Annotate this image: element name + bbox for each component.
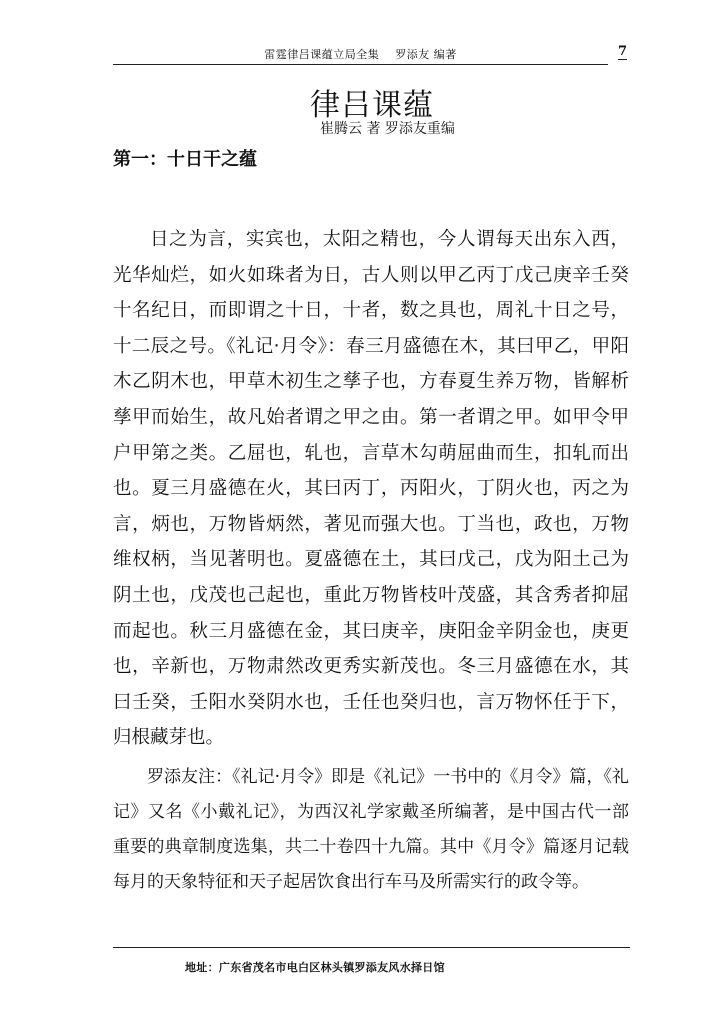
author-credit: 崔腾云 著 罗添友重编 [320,118,455,138]
footer-divider [113,947,630,948]
footer-address: 地址：广东省茂名市电白区林头镇罗添友风水择日馆 [185,959,445,975]
running-header-text: 雷霆律吕课蕴立局全集 罗添友 编著 [113,46,608,62]
editor-note-paragraph: 罗添友注：《礼记·月令》即是《礼记》一书中的《月令》篇，《礼记》又名《小戴礼记》… [113,760,629,900]
body-text: 日之为言，实宾也，太阳之精也，今人谓每天出东入西，光华灿烂，如火如珠者为日，古人… [113,222,629,900]
page-number: 7 [618,45,627,60]
body-paragraph: 日之为言，实宾也，太阳之精也，今人谓每天出东入西，光华灿烂，如火如珠者为日，古人… [113,222,629,756]
running-header: 雷霆律吕课蕴立局全集 罗添友 编著 [113,42,608,65]
section-heading: 第一：十日干之蕴 [113,145,257,171]
